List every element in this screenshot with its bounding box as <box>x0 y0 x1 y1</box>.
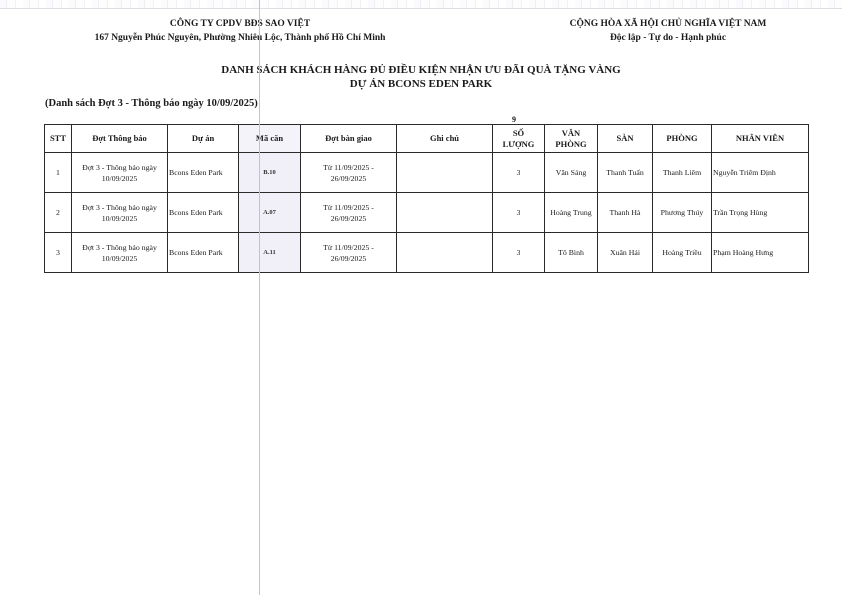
cell-nhan-vien: Nguyễn Triêm Định <box>712 153 809 193</box>
cell-ma-can: B.10 <box>239 153 301 193</box>
header-du-an: Dự án <box>168 125 239 153</box>
country-name: CỘNG HÒA XÃ HỘI CHỦ NGHĨA VIỆT NAM <box>530 17 806 31</box>
header-van-phong-line1: VĂN <box>546 128 596 139</box>
cell-dot-thong-bao-line2: 10/09/2025 <box>73 253 166 264</box>
header-ghi-chu: Ghi chú <box>397 125 493 153</box>
company-header: CÔNG TY CPDV BĐS SAO VIỆT 167 Nguyễn Phú… <box>40 17 440 45</box>
table-header-row: STT Đợt Thông báo Dự án Mã căn Đợt bàn g… <box>45 125 809 153</box>
cell-stt: 1 <box>45 153 72 193</box>
cell-du-an: Bcons Eden Park <box>168 153 239 193</box>
cell-so-luong: 3 <box>493 153 545 193</box>
cell-dot-thong-bao-line2: 10/09/2025 <box>73 173 166 184</box>
company-name: CÔNG TY CPDV BĐS SAO VIỆT <box>40 17 440 31</box>
cell-phong: Thanh Liêm <box>653 153 712 193</box>
cell-phong: Phương Thúy <box>653 193 712 233</box>
cell-dot-ban-giao-line1: Từ 11/09/2025 - <box>302 202 395 213</box>
header-van-phong-line2: PHÒNG <box>546 139 596 150</box>
cell-dot-thong-bao: Đợt 3 - Thông báo ngày 10/09/2025 <box>72 193 168 233</box>
header-dot-ban-giao: Đợt bàn giao <box>301 125 397 153</box>
cell-ma-can: A.07 <box>239 193 301 233</box>
company-address: 167 Nguyễn Phúc Nguyên, Phường Nhiêu Lộc… <box>40 31 440 45</box>
cell-nhan-vien: Trần Trọng Hùng <box>712 193 809 233</box>
table-row: 2 Đợt 3 - Thông báo ngày 10/09/2025 Bcon… <box>45 193 809 233</box>
cell-dot-ban-giao: Từ 11/09/2025 - 26/09/2025 <box>301 193 397 233</box>
cell-dot-ban-giao: Từ 11/09/2025 - 26/09/2025 <box>301 153 397 193</box>
scanner-artifact-strip <box>0 0 842 9</box>
cell-dot-thong-bao: Đợt 3 - Thông báo ngày 10/09/2025 <box>72 233 168 273</box>
cell-so-luong: 3 <box>493 193 545 233</box>
header-dot-thong-bao: Đợt Thông báo <box>72 125 168 153</box>
cell-stt: 3 <box>45 233 72 273</box>
cell-so-luong: 3 <box>493 233 545 273</box>
cell-du-an: Bcons Eden Park <box>168 233 239 273</box>
national-header: CỘNG HÒA XÃ HỘI CHỦ NGHĨA VIỆT NAM Độc l… <box>530 17 806 45</box>
cell-dot-thong-bao-line2: 10/09/2025 <box>73 213 166 224</box>
title-line-1: DANH SÁCH KHÁCH HÀNG ĐỦ ĐIỀU KIỆN NHẬN Ư… <box>0 63 842 77</box>
cell-van-phong: Văn Sáng <box>545 153 598 193</box>
header-ma-can: Mã căn <box>239 125 301 153</box>
cell-nhan-vien: Phạm Hoàng Hưng <box>712 233 809 273</box>
page-marker: 9 <box>512 115 516 124</box>
cell-stt: 2 <box>45 193 72 233</box>
header-van-phong: VĂN PHÒNG <box>545 125 598 153</box>
cell-dot-ban-giao-line1: Từ 11/09/2025 - <box>302 162 395 173</box>
scanner-artifact-line <box>259 0 260 595</box>
cell-du-an: Bcons Eden Park <box>168 193 239 233</box>
cell-san: Thanh Tuấn <box>598 153 653 193</box>
document-title: DANH SÁCH KHÁCH HÀNG ĐỦ ĐIỀU KIỆN NHẬN Ư… <box>0 63 842 91</box>
cell-san: Thanh Hà <box>598 193 653 233</box>
cell-san: Xuân Hải <box>598 233 653 273</box>
cell-ghi-chu <box>397 153 493 193</box>
table-row: 1 Đợt 3 - Thông báo ngày 10/09/2025 Bcon… <box>45 153 809 193</box>
cell-van-phong: Hoàng Trung <box>545 193 598 233</box>
cell-dot-ban-giao: Từ 11/09/2025 - 26/09/2025 <box>301 233 397 273</box>
cell-dot-ban-giao-line2: 26/09/2025 <box>302 253 395 264</box>
title-line-2: DỰ ÁN BCONS EDEN PARK <box>0 77 842 91</box>
header-stt: STT <box>45 125 72 153</box>
header-san: SÀN <box>598 125 653 153</box>
cell-phong: Hoàng Triều <box>653 233 712 273</box>
cell-dot-thong-bao: Đợt 3 - Thông báo ngày 10/09/2025 <box>72 153 168 193</box>
cell-ma-can: A.11 <box>239 233 301 273</box>
document-subtitle: (Danh sách Đợt 3 - Thông báo ngày 10/09/… <box>45 98 258 109</box>
cell-dot-thong-bao-line1: Đợt 3 - Thông báo ngày <box>73 202 166 213</box>
customer-table: STT Đợt Thông báo Dự án Mã căn Đợt bàn g… <box>44 124 809 273</box>
cell-dot-ban-giao-line1: Từ 11/09/2025 - <box>302 242 395 253</box>
national-motto: Độc lập - Tự do - Hạnh phúc <box>530 31 806 45</box>
header-so-luong-line1: SỐ <box>494 128 543 139</box>
cell-dot-thong-bao-line1: Đợt 3 - Thông báo ngày <box>73 242 166 253</box>
cell-van-phong: Tô Bình <box>545 233 598 273</box>
cell-ghi-chu <box>397 193 493 233</box>
header-nhan-vien: NHÂN VIÊN <box>712 125 809 153</box>
header-so-luong: SỐ LƯỢNG <box>493 125 545 153</box>
cell-dot-ban-giao-line2: 26/09/2025 <box>302 173 395 184</box>
header-so-luong-line2: LƯỢNG <box>494 139 543 150</box>
header-phong: PHÒNG <box>653 125 712 153</box>
table-row: 3 Đợt 3 - Thông báo ngày 10/09/2025 Bcon… <box>45 233 809 273</box>
cell-dot-thong-bao-line1: Đợt 3 - Thông báo ngày <box>73 162 166 173</box>
cell-dot-ban-giao-line2: 26/09/2025 <box>302 213 395 224</box>
cell-ghi-chu <box>397 233 493 273</box>
